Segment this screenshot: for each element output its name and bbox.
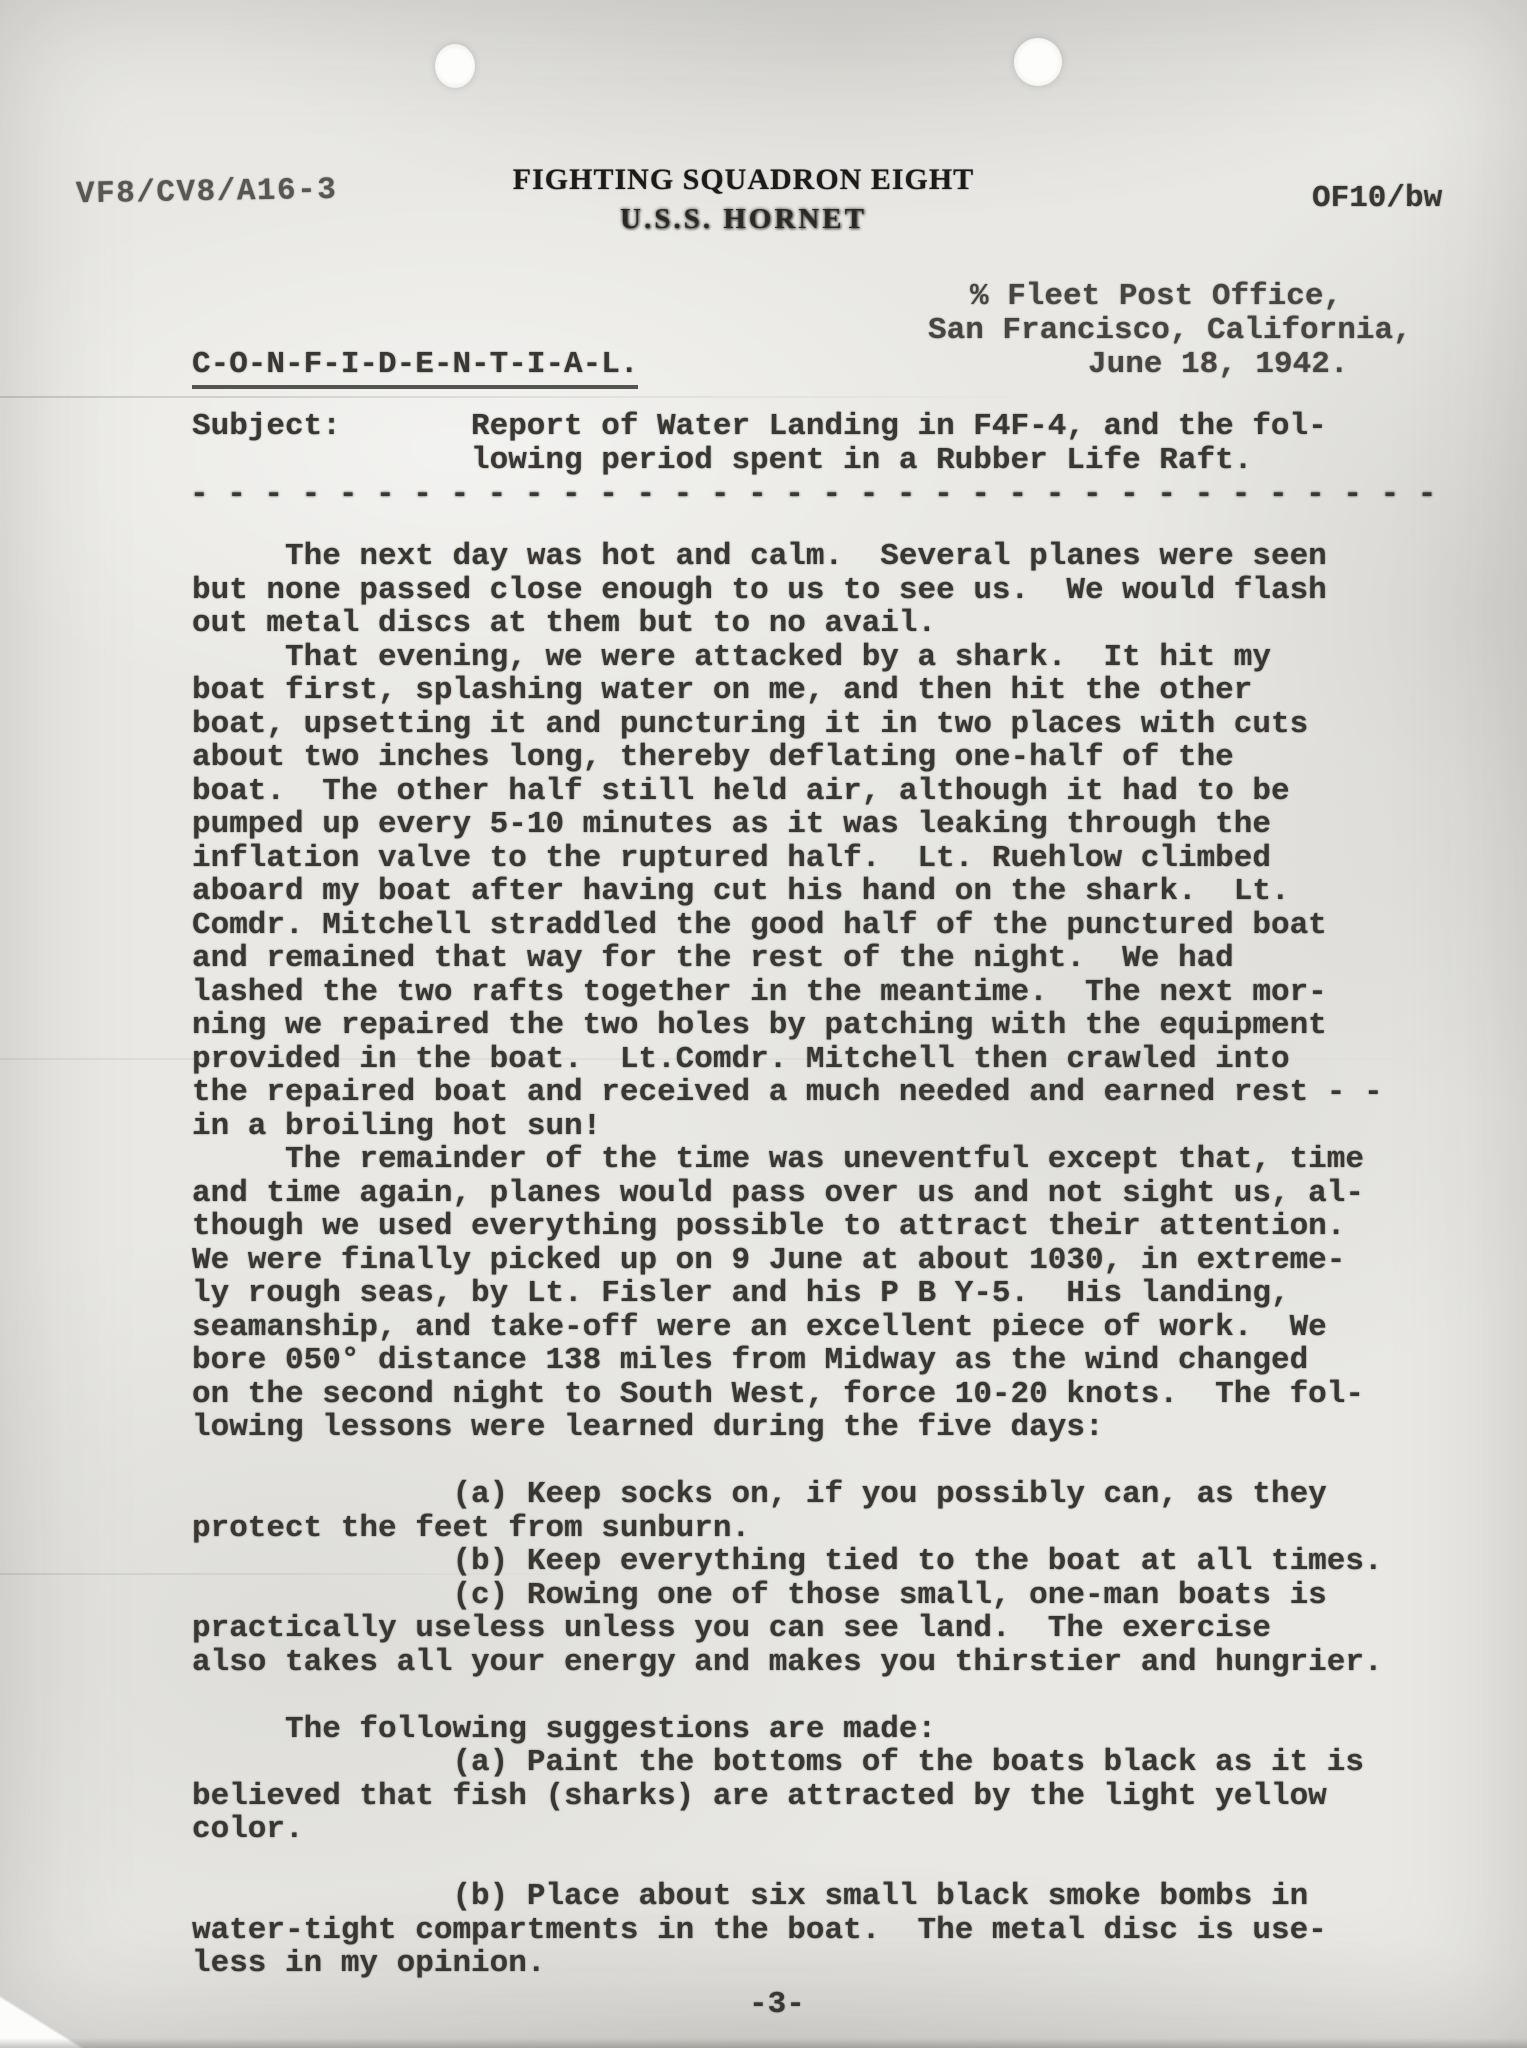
subject-label: Subject: xyxy=(192,410,341,444)
office-code: OF10/bw xyxy=(1312,182,1442,216)
address-care-of-line: % Fleet Post Office, xyxy=(970,280,1342,314)
typed-text-layer: VF8/CV8/A16-3 FIGHTING SQUADRON EIGHT U.… xyxy=(0,0,1527,2048)
page-number: -3- xyxy=(749,1988,805,2022)
classification-stamp: C-O-N-F-I-D-E-N-T-I-A-L. xyxy=(192,348,638,389)
subject-text: Report of Water Landing in F4F-4, and th… xyxy=(471,410,1327,478)
dashed-separator: - - - - - - - - - - - - - - - - - - - - … xyxy=(190,478,1436,512)
body-text: The next day was hot and calm. Several p… xyxy=(192,540,1383,1981)
ship-name: U.S.S. HORNET xyxy=(620,203,867,236)
document-page: VF8/CV8/A16-3 FIGHTING SQUADRON EIGHT U.… xyxy=(0,0,1527,2048)
address-date-line: June 18, 1942. xyxy=(1088,348,1348,382)
address-city-line: San Francisco, California, xyxy=(928,314,1412,348)
reference-number: VF8/CV8/A16-3 xyxy=(76,174,338,212)
squadron-title: FIGHTING SQUADRON EIGHT xyxy=(513,163,974,197)
